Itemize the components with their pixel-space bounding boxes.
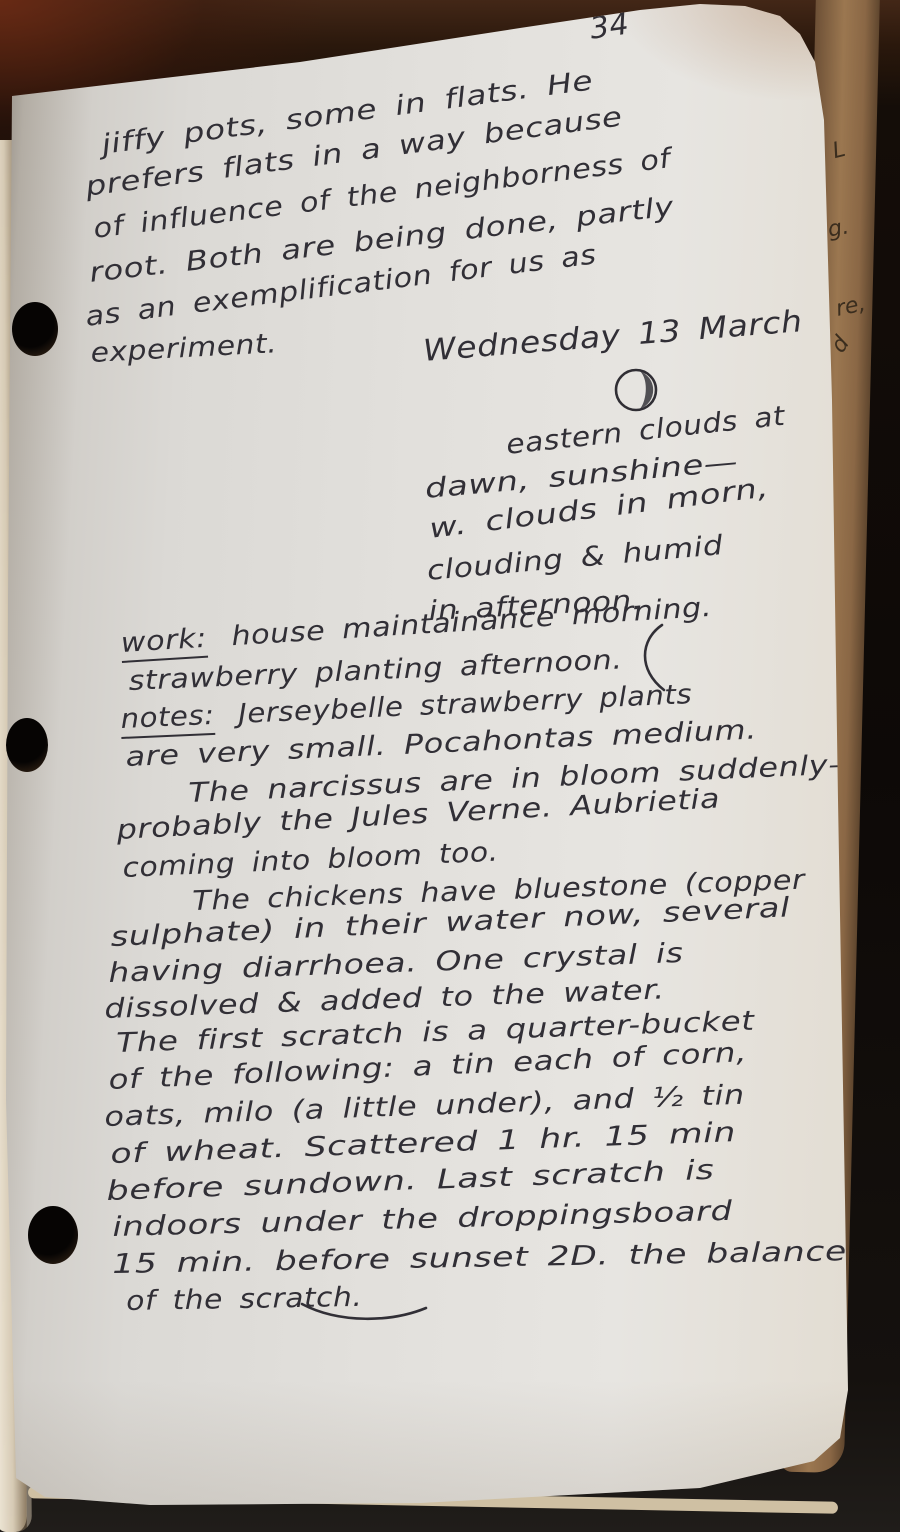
notes-line: 15 min. before sunset 2D. the balance (112, 1238, 847, 1279)
flourish-mark (300, 1296, 430, 1330)
edge-fragment: re, (834, 293, 868, 321)
binder-hole (12, 302, 58, 356)
work-line: work:house maintainance morning. (120, 594, 713, 658)
moon-phase-sketch (610, 366, 662, 416)
binder-hole (28, 1206, 78, 1264)
notes-label: notes: (120, 700, 215, 739)
journal-page: 34 jiffy pots, some in flats. He prefers… (0, 0, 900, 1532)
page-number: 34 (588, 9, 631, 46)
binder-hole (6, 718, 48, 772)
notes-line: indoors under the droppingsboard (112, 1198, 733, 1243)
weather-line: clouding & humid (426, 532, 724, 586)
edge-fragment: g. (826, 216, 850, 241)
work-label: work: (120, 623, 208, 663)
handwriting-line: experiment. (90, 330, 278, 368)
journal-photo: L g. re, d 34 jiffy pots, some in flats.… (0, 0, 900, 1532)
date-heading: Wednesday 13 March (422, 306, 804, 367)
